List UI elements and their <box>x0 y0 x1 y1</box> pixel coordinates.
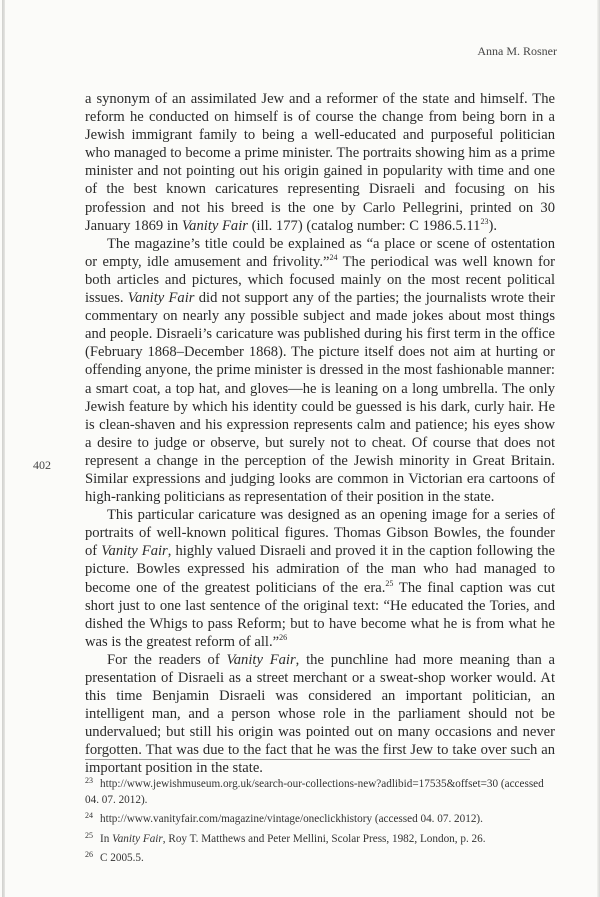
footnote: 26C 2005.5. <box>85 847 555 867</box>
footnote-number: 26 <box>85 847 100 863</box>
footnote: 24http://www.vanityfair.com/magazine/vin… <box>85 808 555 828</box>
italic-title: Vanity Fair <box>128 290 195 306</box>
footnote: 25In Vanity Fair, Roy T. Matthews and Pe… <box>85 828 555 848</box>
footnote: 23http://www.jewishmuseum.org.uk/search-… <box>85 773 555 808</box>
page-edge-left <box>2 0 5 897</box>
footnote-separator <box>85 759 530 760</box>
footnotes: 23http://www.jewishmuseum.org.uk/search-… <box>85 773 555 867</box>
footnote-number: 23 <box>85 773 100 789</box>
footnote-number: 24 <box>85 808 100 824</box>
body-text: a synonym of an assimilated Jew and a re… <box>85 90 555 778</box>
running-head-author: Anna M. Rosner <box>477 44 557 59</box>
footnote-ref: 25 <box>385 579 393 588</box>
paragraph: This particular caricature was designed … <box>85 506 555 651</box>
footnote-number: 25 <box>85 828 100 844</box>
footnote-ref: 23 <box>480 217 488 226</box>
italic-title: Van­ity Fair <box>101 543 168 559</box>
italic-title: Vanity Fair <box>226 652 295 668</box>
italic-title: Vanity Fair <box>182 218 248 234</box>
footnote-ref: 24 <box>330 253 338 262</box>
page-number: 402 <box>33 458 51 473</box>
footnote-ref: 26 <box>279 633 287 642</box>
paragraph: The magazine’s title could be explained … <box>85 235 555 506</box>
italic-title: Vanity Fair <box>112 833 163 845</box>
paragraph: a synonym of an assimilated Jew and a re… <box>85 90 555 235</box>
